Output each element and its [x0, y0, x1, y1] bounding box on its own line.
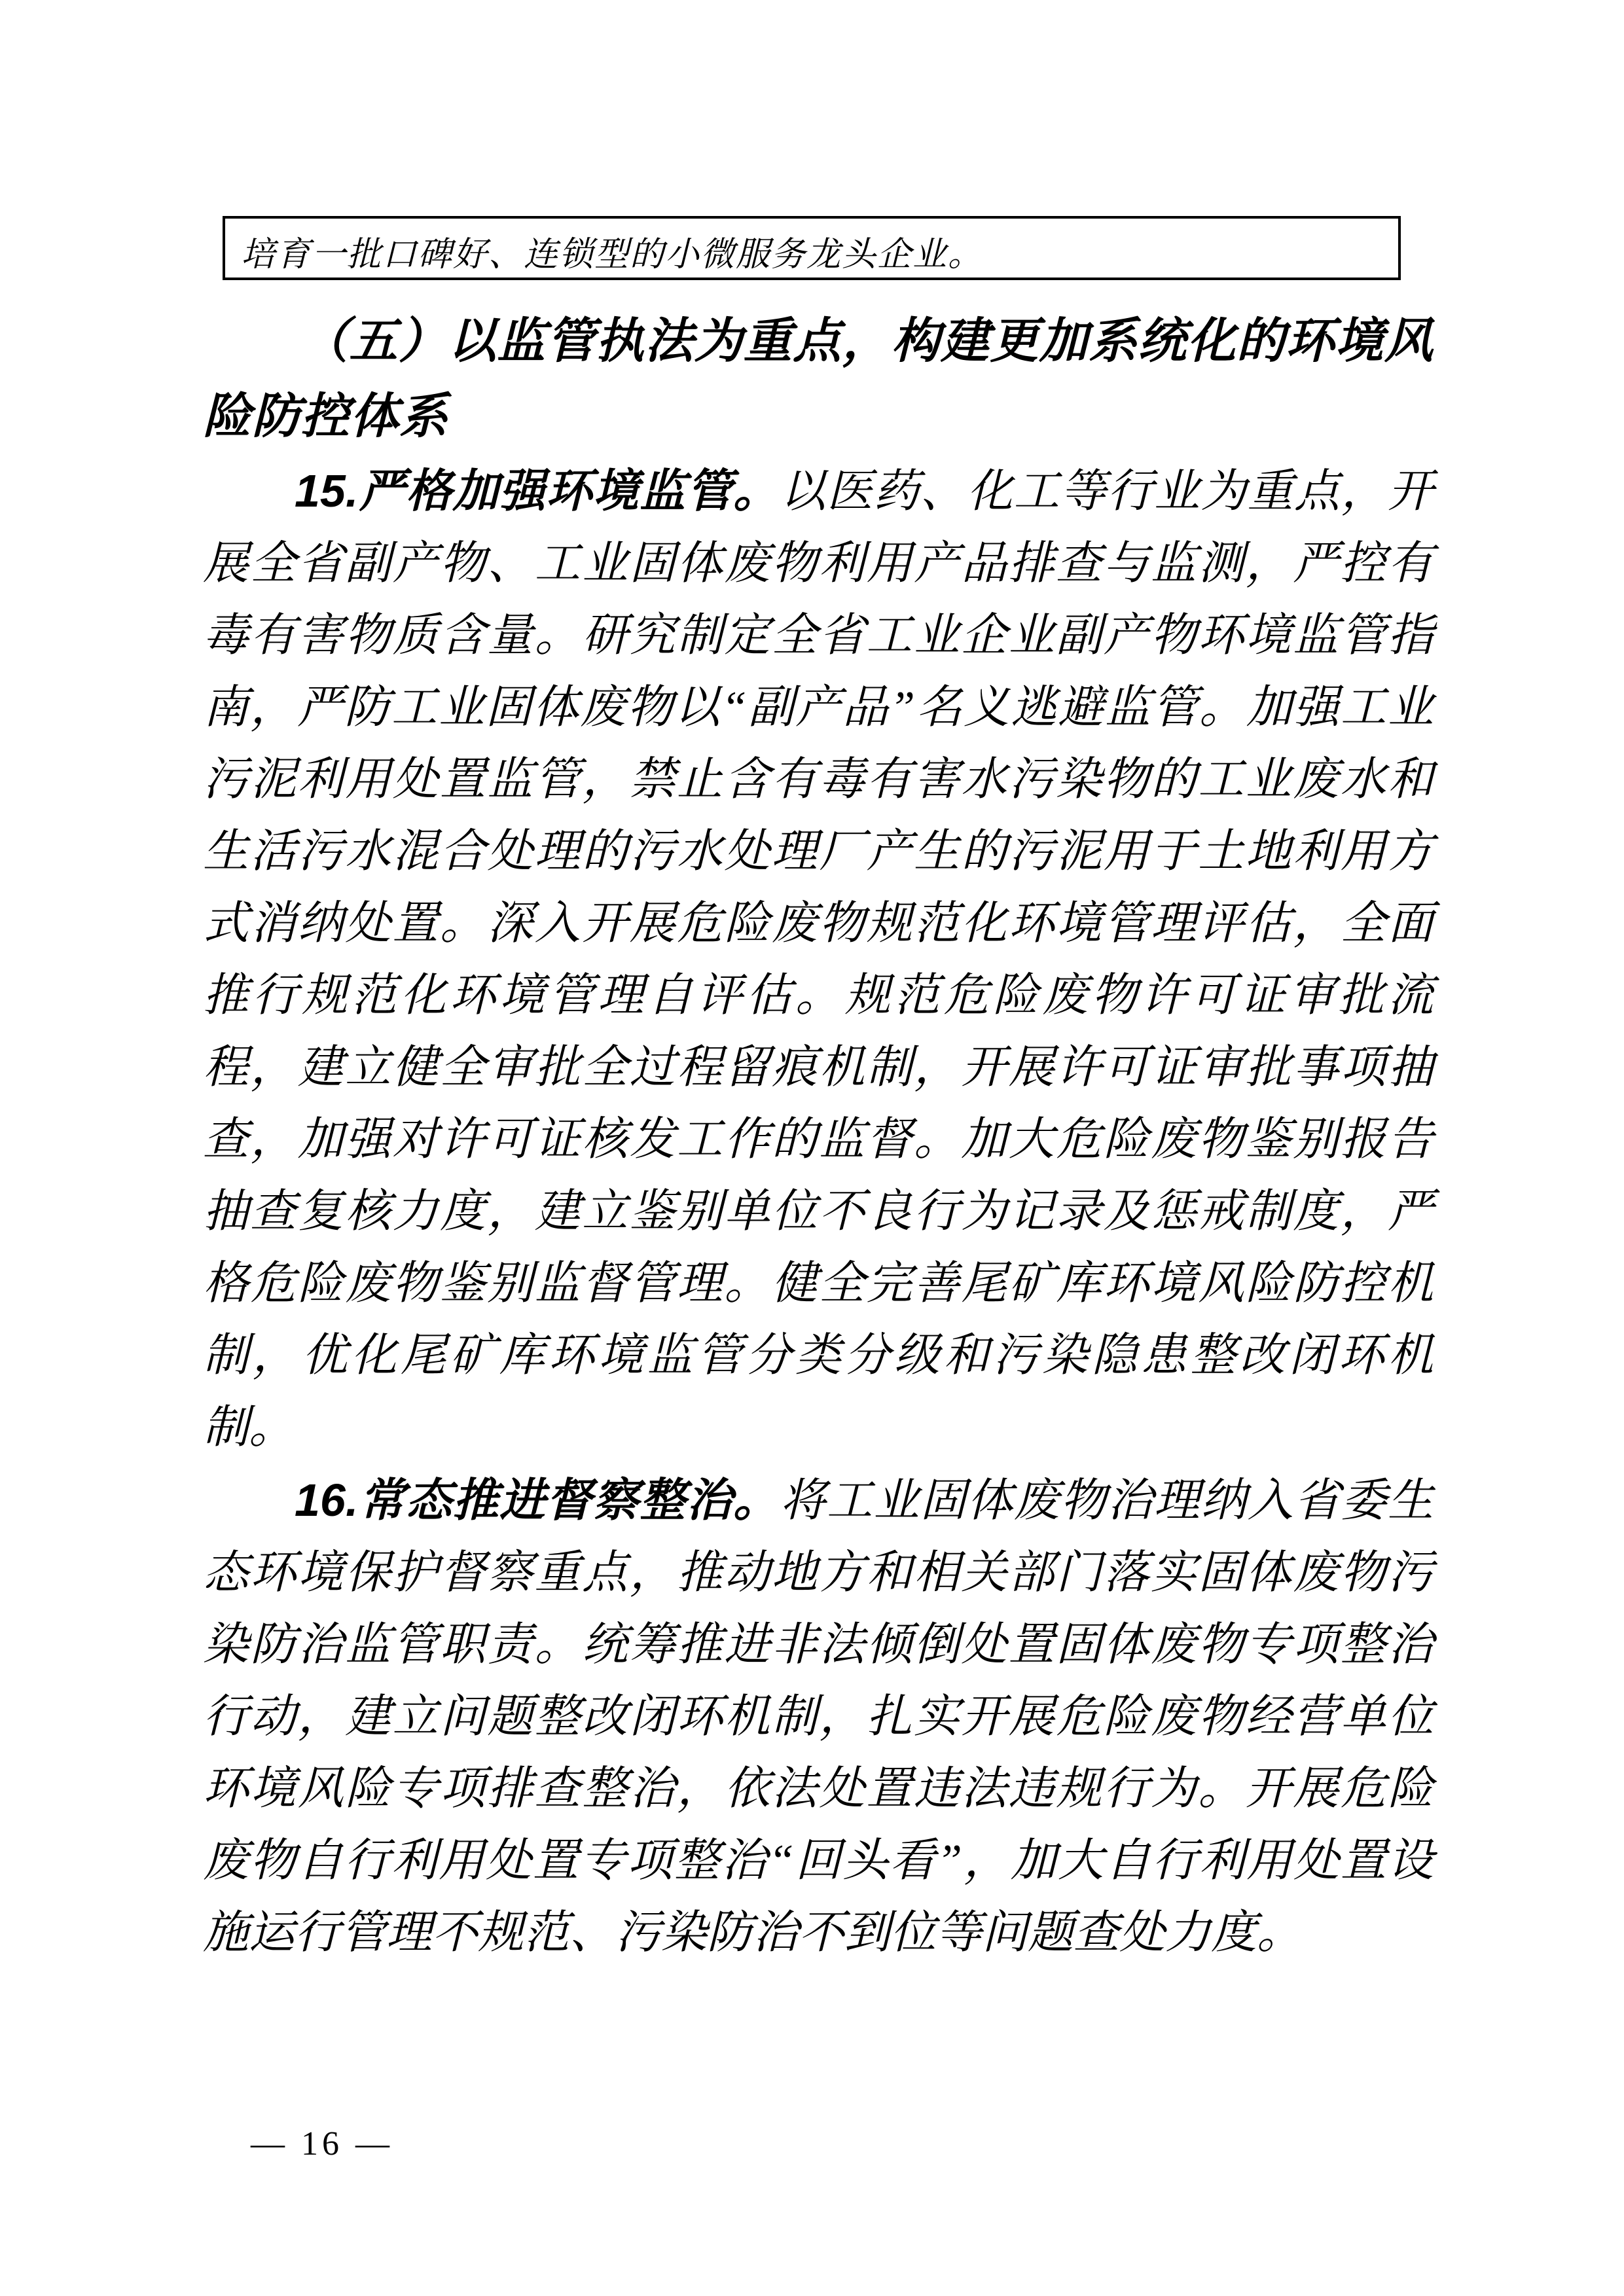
paragraph-15: 15.严格加强环境监管。以医药、化工等行业为重点，开展全省副产物、工业固体废物利…	[203, 455, 1434, 1464]
boxed-note: 培育一批口碑好、连锁型的小微服务龙头企业。	[223, 216, 1401, 280]
paragraph-15-body: 以医药、化工等行业为重点，开展全省副产物、工业固体废物利用产品排查与监测，严控有…	[203, 467, 1434, 1453]
paragraph-16-body: 将工业固体废物治理纳入省委生态环境保护督察重点，推动地方和相关部门落实固体废物污…	[203, 1476, 1434, 1958]
page-number: — 16 —	[251, 2125, 393, 2163]
document-body: （五）以监管执法为重点，构建更加系统化的环境风险防控体系 15.严格加强环境监管…	[203, 304, 1434, 1969]
paragraph-16: 16.常态推进督察整治。将工业固体废物治理纳入省委生态环境保护督察重点，推动地方…	[203, 1464, 1434, 1969]
boxed-note-text: 培育一批口碑好、连锁型的小微服务龙头企业。	[241, 236, 983, 274]
paragraph-16-lead: 16.常态推进督察整治。	[295, 1475, 780, 1526]
paragraph-15-lead: 15.严格加强环境监管。	[295, 465, 780, 516]
section-heading: （五）以监管执法为重点，构建更加系统化的环境风险防控体系	[203, 304, 1434, 455]
